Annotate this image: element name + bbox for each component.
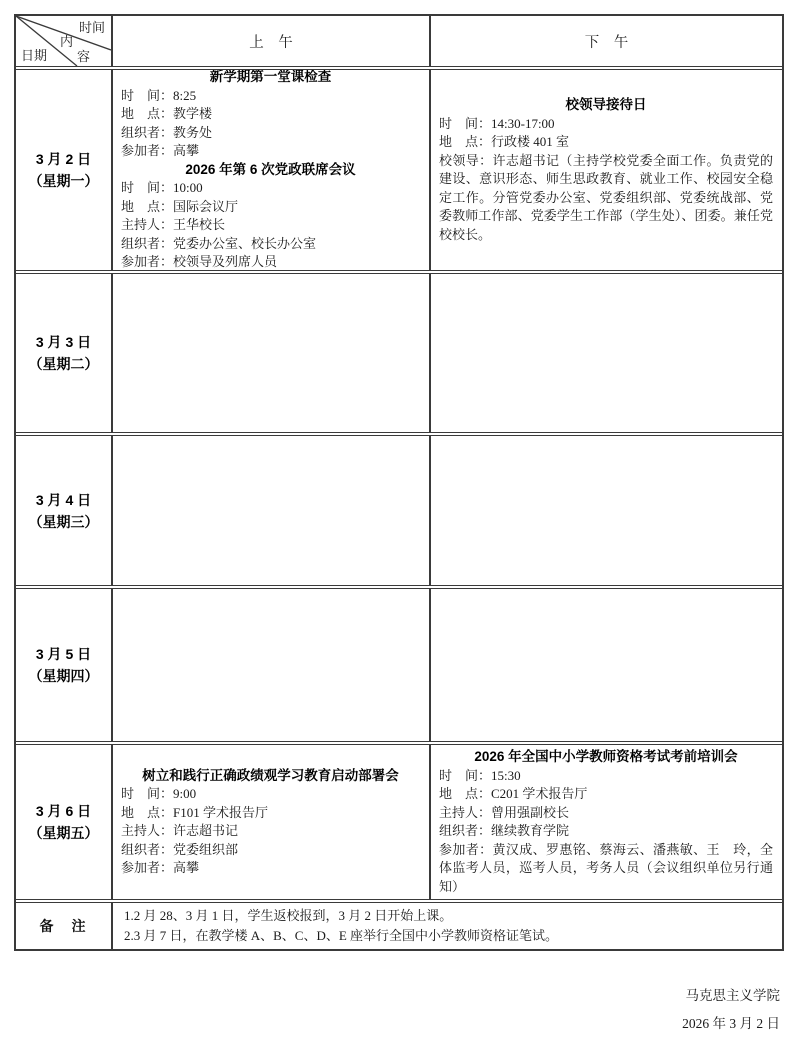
column-header-morning: 上 午 xyxy=(111,16,429,66)
weekday-label: （星期二） xyxy=(29,353,99,375)
date-cell: 3 月 6 日 （星期五） xyxy=(16,745,111,899)
event-detail: 地 点：行政楼 401 室 xyxy=(439,133,773,152)
day-row: 3 月 4 日 （星期三） xyxy=(16,432,782,585)
event-title: 2026 年全国中小学教师资格考试考前培训会 xyxy=(439,748,773,767)
corner-label-date: 日期 xyxy=(21,45,47,64)
afternoon-cell xyxy=(429,436,782,585)
date-cell: 3 月 4 日 （星期三） xyxy=(16,436,111,585)
date-cell: 3 月 5 日 （星期四） xyxy=(16,589,111,741)
table-header-row: 时间 内 容 日期 上 午 下 午 xyxy=(16,16,782,66)
event-detail: 组织者：教务处 xyxy=(121,124,420,143)
remarks-row: 备 注 1.2 月 28、3 月 1 日，学生返校报到，3 月 2 日开始上课。… xyxy=(16,899,782,949)
event-detail: 时 间：9:00 xyxy=(121,785,420,804)
day-row: 3 月 5 日 （星期四） xyxy=(16,585,782,741)
morning-cell: 树立和践行正确政绩观学习教育启动部署会时 间：9:00地 点：F101 学术报告… xyxy=(111,745,429,899)
event-detail: 地 点：F101 学术报告厅 xyxy=(121,804,420,823)
event-detail: 地 点：C201 学术报告厅 xyxy=(439,785,773,804)
event-title: 树立和践行正确政绩观学习教育启动部署会 xyxy=(121,767,420,786)
morning-cell xyxy=(111,436,429,585)
day-row: 3 月 2 日 （星期一） 新学期第一堂课检查时 间：8:25地 点：教学楼组织… xyxy=(16,66,782,270)
day-rows: 3 月 2 日 （星期一） 新学期第一堂课检查时 间：8:25地 点：教学楼组织… xyxy=(16,66,782,899)
event-detail: 地 点：教学楼 xyxy=(121,105,420,124)
footer: 马克思主义学院 2026 年 3 月 2 日 xyxy=(682,982,780,1038)
afternoon-cell xyxy=(429,589,782,741)
footer-org: 马克思主义学院 xyxy=(682,982,780,1010)
morning-cell xyxy=(111,589,429,741)
event-detail: 主持人：王华校长 xyxy=(121,216,420,235)
morning-cell: 新学期第一堂课检查时 间：8:25地 点：教学楼组织者：教务处参加者：高攀202… xyxy=(111,70,429,270)
column-header-afternoon: 下 午 xyxy=(429,16,782,66)
remark-line: 1.2 月 28、3 月 1 日，学生返校报到，3 月 2 日开始上课。 xyxy=(124,906,774,926)
event-title: 2026 年第 6 次党政联席会议 xyxy=(121,161,420,180)
event-detail: 校领导：许志超书记（主持学校党委全面工作。负责党的建设、意识形态、师生思政教育、… xyxy=(439,152,773,245)
afternoon-cell xyxy=(429,274,782,432)
event-title: 新学期第一堂课检查 xyxy=(121,70,420,87)
event-detail: 时 间：15:30 xyxy=(439,767,773,786)
date-label: 3 月 4 日 xyxy=(36,489,91,511)
event-detail: 组织者：继续教育学院 xyxy=(439,822,773,841)
weekday-label: （星期三） xyxy=(29,511,99,533)
event-detail: 参加者：校领导及列席人员 xyxy=(121,253,420,270)
event-detail: 主持人：曾用强副校长 xyxy=(439,804,773,823)
morning-cell xyxy=(111,274,429,432)
event-detail: 参加者：黄汉成、罗惠铭、蔡海云、潘燕敏、王 玲，全体监考人员，巡考人员，考务人员… xyxy=(439,841,773,897)
event-detail: 组织者：党委组织部 xyxy=(121,841,420,860)
event-detail: 主持人：许志超书记 xyxy=(121,822,420,841)
date-cell: 3 月 2 日 （星期一） xyxy=(16,70,111,270)
corner-label-content-bottom: 容 xyxy=(77,46,90,65)
event-detail: 时 间：14:30-17:00 xyxy=(439,115,773,134)
event-detail: 组织者：党委办公室、校长办公室 xyxy=(121,235,420,254)
event-detail: 时 间：8:25 xyxy=(121,87,420,106)
afternoon-cell: 校领导接待日时 间：14:30-17:00地 点：行政楼 401 室校领导：许志… xyxy=(429,70,782,270)
date-label: 3 月 3 日 xyxy=(36,331,91,353)
date-cell: 3 月 3 日 （星期二） xyxy=(16,274,111,432)
footer-date: 2026 年 3 月 2 日 xyxy=(682,1010,780,1038)
date-label: 3 月 5 日 xyxy=(36,643,91,665)
corner-label-content-top: 内 xyxy=(60,31,73,50)
day-row: 3 月 6 日 （星期五） 树立和践行正确政绩观学习教育启动部署会时 间：9:0… xyxy=(16,741,782,899)
corner-cell: 时间 内 容 日期 xyxy=(16,16,111,66)
remarks-body: 1.2 月 28、3 月 1 日，学生返校报到，3 月 2 日开始上课。2.3 … xyxy=(111,903,782,949)
date-label: 3 月 2 日 xyxy=(36,148,91,170)
corner-label-time: 时间 xyxy=(79,17,105,36)
afternoon-cell: 2026 年全国中小学教师资格考试考前培训会时 间：15:30地 点：C201 … xyxy=(429,745,782,899)
remark-line: 2.3 月 7 日，在教学楼 A、B、C、D、E 座举行全国中小学教师资格证笔试… xyxy=(124,926,774,946)
event-detail: 地 点：国际会议厅 xyxy=(121,198,420,217)
event-title: 校领导接待日 xyxy=(439,96,773,115)
schedule-page: { "colors": { "border": "#3a3a3a", "text… xyxy=(0,0,798,1046)
schedule-table: 时间 内 容 日期 上 午 下 午 3 月 2 日 （星期一） 新学期第一堂课检… xyxy=(14,14,784,951)
day-row: 3 月 3 日 （星期二） xyxy=(16,270,782,432)
date-label: 3 月 6 日 xyxy=(36,800,91,822)
weekday-label: （星期四） xyxy=(29,665,99,687)
event-detail: 参加者：高攀 xyxy=(121,142,420,161)
weekday-label: （星期五） xyxy=(29,822,99,844)
event-detail: 时 间：10:00 xyxy=(121,179,420,198)
weekday-label: （星期一） xyxy=(29,170,99,192)
remarks-label: 备 注 xyxy=(16,903,111,949)
event-detail: 参加者：高攀 xyxy=(121,859,420,878)
